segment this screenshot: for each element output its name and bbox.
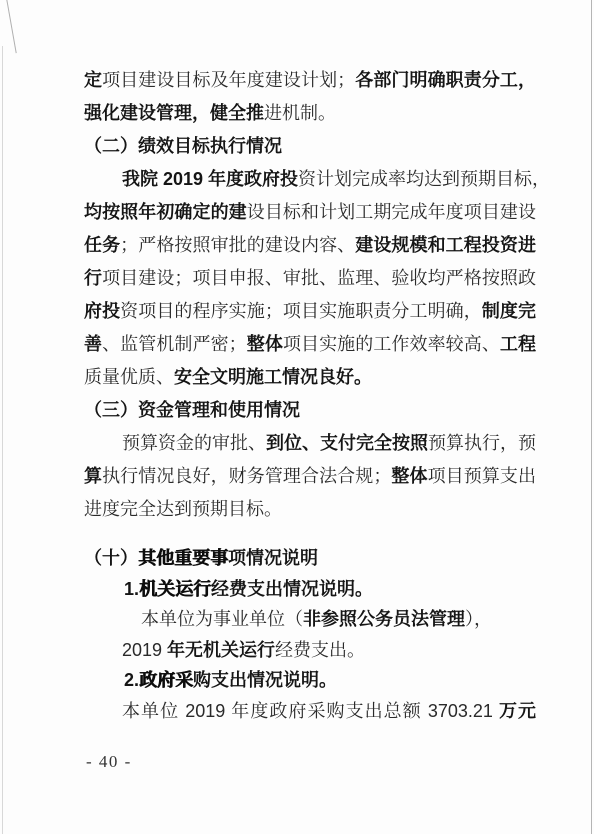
text-run: 制度完: [482, 301, 536, 321]
text-run: 进度完全达到预期目标。: [84, 499, 282, 519]
text-run: 、监管机制严密；: [102, 334, 247, 354]
text-run: 2.: [124, 670, 139, 690]
text-run: 本单位为事业单位（: [141, 609, 303, 629]
document-body: 定项目建设目标及年度建设计划；各部门明确职责分工，强化建设管理，健全推进机制。（…: [84, 64, 536, 727]
text-run: 各部门明确职责分工，: [355, 70, 536, 90]
text-run: ；严格按照审批的建设内容、: [120, 235, 355, 255]
text-run: 预算资金的审批、: [122, 433, 266, 453]
text-line: 2019 年无机关运行经费支出。: [84, 635, 536, 666]
text-line: 本单位为事业单位（非参照公务员法管理），: [84, 604, 536, 635]
text-run: ），: [465, 609, 492, 629]
text-run: （十）: [84, 548, 138, 568]
text-run: 其他重要事: [138, 548, 228, 568]
text-line: 均按照年初确定的建设目标和计划工期完成年度项目建设: [84, 196, 536, 229]
text-run: 质量优质、: [84, 367, 174, 387]
text-run: 预算执行，预: [428, 433, 536, 453]
text-run: 执行情况良好，财务管理合法合规；: [102, 466, 391, 486]
section-heading: （三）资金管理和使用情况: [84, 394, 536, 427]
text-line: 任务；严格按照审批的建设内容、建设规模和工程投资进: [84, 229, 536, 262]
text-run: 强化建设管理，健全推: [84, 103, 264, 123]
text-run: 政府采: [139, 670, 193, 690]
text-run: 经费支出。: [275, 640, 365, 660]
text-line: 我院 2019 年度政府投资计划完成率均达到预期目标，: [84, 163, 536, 196]
section-heading: （十）其他重要事项情况说明: [84, 543, 536, 574]
text-line: 2.政府采购支出情况说明。: [84, 665, 536, 696]
text-run: 资项目的程序实施；项目实施职责分工明确，: [120, 301, 482, 321]
page-number: - 40 -: [86, 752, 132, 772]
text-line: 质量优质、安全文明施工情况良好。: [84, 361, 536, 394]
text-run: 整体: [391, 466, 427, 486]
text-run: 进机制。: [264, 103, 336, 123]
text-run: 工程: [500, 334, 536, 354]
text-run: 定: [84, 70, 102, 90]
text-line: 本单位 2019 年度政府采购支出总额 3703.21 万元: [84, 696, 536, 727]
text-run: 购支出情况说明。: [193, 670, 337, 690]
text-run: 2019: [122, 640, 167, 660]
document-page: 定项目建设目标及年度建设计划；各部门明确职责分工，强化建设管理，健全推进机制。（…: [0, 0, 594, 834]
text-line: 算执行情况良好，财务管理合法合规；整体项目预算支出: [84, 460, 536, 493]
text-line: 进度完全达到预期目标。: [84, 493, 536, 526]
text-line: 善、监管机制严密；整体项目实施的工作效率较高、工程: [84, 328, 536, 361]
text-run: 项目建设；项目申报、审批、监理、验收均严格按照政: [102, 268, 536, 288]
text-run: 设目标和计划工期完成年度项目建设: [247, 202, 536, 222]
page-right-edge-line: [591, 0, 592, 834]
text-line: 强化建设管理，健全推进机制。: [84, 97, 536, 130]
text-run: 均按照年初确定的建: [84, 202, 247, 222]
text-run: 非参照公务员法管理: [303, 609, 465, 629]
page-left-edge-line: [2, 46, 3, 834]
text-line: 定项目建设目标及年度建设计划；各部门明确职责分工，: [84, 64, 536, 97]
text-run: 机关运行: [139, 579, 211, 599]
text-run: 1.: [124, 579, 139, 599]
scan-corner-artifact-line: [6, 0, 17, 53]
text-run: 我院 2019 年度政府投: [122, 169, 298, 189]
text-line: 预算资金的审批、到位、支付完全按照预算执行，预: [84, 427, 536, 460]
text-run: （三）资金管理和使用情况: [84, 400, 300, 420]
text-run: 资计划完成率均达到预期目标，: [298, 169, 550, 189]
text-run: 年无机关运行: [167, 640, 275, 660]
text-run: 到位、支付完全按照: [266, 433, 428, 453]
text-run: 经费支出情况说明。: [211, 579, 373, 599]
text-run: 整体: [247, 334, 283, 354]
text-run: 算: [84, 466, 102, 486]
text-run: 项情况说明: [228, 548, 318, 568]
text-run: 行: [84, 268, 102, 288]
text-run: 府投: [84, 301, 120, 321]
text-run: 项目建设目标及年度建设计划；: [102, 70, 355, 90]
section-heading: （二）绩效目标执行情况: [84, 130, 536, 163]
text-line: 府投资项目的程序实施；项目实施职责分工明确，制度完: [84, 295, 536, 328]
text-run: 本单位 2019 年度政府采购支出总额 3703.21: [122, 701, 499, 721]
text-line: 1.机关运行经费支出情况说明。: [84, 574, 536, 605]
text-run: 项目实施的工作效率较高、: [283, 334, 500, 354]
text-run: 建设规模和工程投资进: [355, 235, 536, 255]
text-line: 行项目建设；项目申报、审批、监理、验收均严格按照政: [84, 262, 536, 295]
text-run: 安全文明施工情况良好。: [174, 367, 372, 387]
text-run: 善: [84, 334, 102, 354]
text-run: （二）绩效目标执行情况: [84, 136, 282, 156]
text-run: 任务: [84, 235, 120, 255]
text-run: 项目预算支出: [428, 466, 536, 486]
text-run: 万元: [499, 701, 536, 721]
